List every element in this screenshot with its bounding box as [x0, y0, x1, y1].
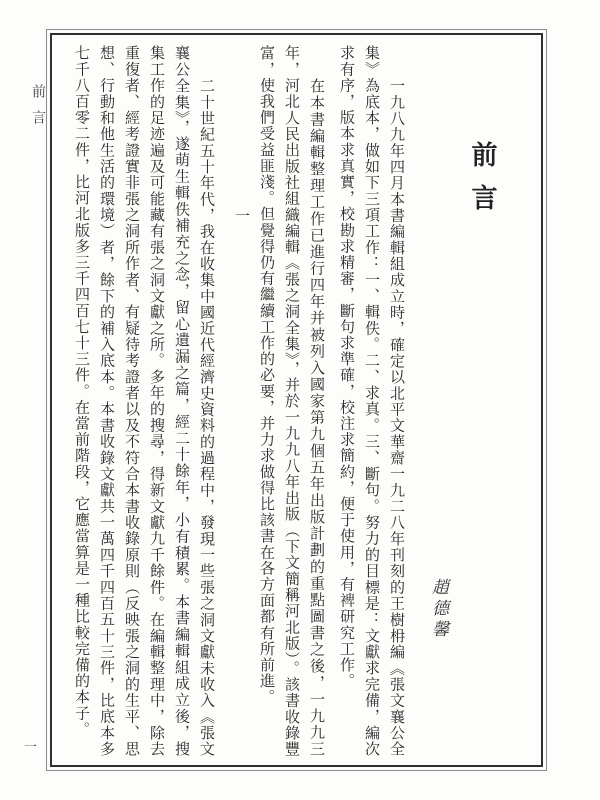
margin-page-number: 一: [24, 736, 37, 755]
margin-chapter-label: 前言: [27, 84, 47, 136]
preface-text-area: 前言 趙德馨 一九八九年四月本書編輯組成立時，確定以北平文華齋一九二八年刊刻的王…: [52, 35, 541, 765]
section-number-marker: 一: [228, 45, 253, 757]
page-border-frame: 前言 趙德馨 一九八九年四月本書編輯組成立時，確定以北平文華齋一九二八年刊刻的王…: [46, 29, 547, 771]
author-signature: 趙德馨: [430, 45, 447, 757]
preface-title: 前言: [469, 45, 495, 757]
preface-paragraph-3: 二十世紀五十年代，我在收集中國近代經濟史資料的過程中，發現一些張之洞文獻未收入《…: [68, 45, 218, 757]
preface-paragraph-1: 一九八九年四月本書編輯組成立時，確定以北平文華齋一九二八年刊刻的王樹枏編《張文襄…: [333, 45, 408, 757]
preface-paragraph-2: 在本書編輯整理工作已進行四年并被列入國家第九個五年出版計劃的重點圖書之後，一九九…: [253, 45, 328, 757]
book-page: 前言 一 前言 趙德馨 一九八九年四月本書編輯組成立時，確定以北平文華齋一九二八…: [0, 0, 600, 800]
page-border-inner-line: 前言 趙德馨 一九八九年四月本書編輯組成立時，確定以北平文華齋一九二八年刊刻的王…: [50, 33, 543, 767]
